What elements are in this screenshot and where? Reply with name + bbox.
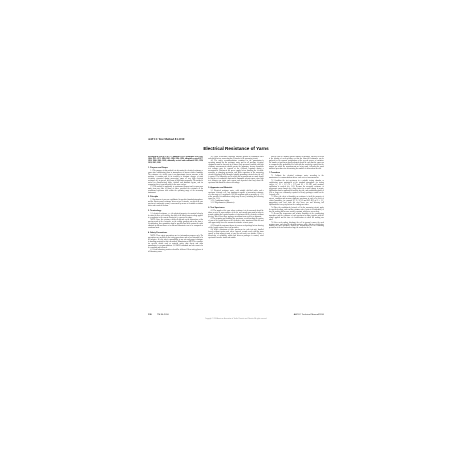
text-column-middle: 4.2 Avoid electrostatic discharge hazard… (208, 156, 263, 314)
paragraph: NOTE: Since the resistance observed depe… (148, 219, 203, 229)
paragraph: 4.3 The safety recommendations contained… (208, 160, 263, 184)
footer-page-number: 130 (148, 314, 152, 316)
document-header-method-number: AATCC Test Method 84-2010 (148, 138, 268, 141)
paragraph: ends of each of a suitably greater numbe… (269, 156, 324, 170)
text-column-left: Developed in 1954 by AATCC Committee RA3… (148, 156, 203, 314)
paragraph: 1.2 This method is applicable to continu… (148, 186, 203, 194)
page-title: Electrical Resistance of Yarns (148, 146, 324, 151)
section-heading: 6. Test Specimens (208, 207, 263, 209)
paragraph: 6.1 The sample of the yarn whose resista… (208, 210, 263, 218)
section-heading: 4. Safety Precautions (148, 232, 203, 234)
paragraph: 1.1 The purpose of this method is to det… (148, 170, 203, 186)
list-item: 5.1.2 Megohmmeter (ohmmeter). (208, 202, 263, 204)
footer-copyright: Copyright © 2010 American Association of… (148, 319, 324, 321)
section-heading: 7. Procedure (269, 172, 324, 174)
paragraph: 4.1 Good laboratory practices should be … (148, 249, 203, 253)
document-page: AATCC Test Method 84-2010 Electrical Res… (0, 0, 458, 458)
paragraph: 7.6 After each reading, discharge the ce… (269, 222, 324, 230)
section-heading: 3. Terminology (148, 210, 203, 212)
paragraph: 7.1 Calibrate the electrical resistance … (269, 175, 324, 179)
section-heading: 2. Principle (148, 196, 203, 198)
paragraph: NOTE: These safety precautions are for i… (148, 235, 203, 249)
paragraph: 6.4 Wind a minimum of three specimens fo… (208, 229, 263, 239)
paragraph: 7.4 Place the conditioned electrode cell… (269, 207, 324, 213)
paragraph: 7.2 Condition the test specimens in a su… (269, 180, 324, 196)
paragraph: 3.1 electrical resistance, n.—the physic… (148, 213, 203, 219)
footer-method-id: TM 84-2010 (157, 314, 169, 316)
section-heading: 5. Apparatus and Materials (208, 187, 263, 189)
paragraph: 7.5 Record the temperature and relative … (269, 213, 324, 221)
paragraph: 2.1 Specimens of yarn are equilibrated i… (148, 199, 203, 207)
paragraph: 7.3 Where the effect of humidity on resi… (269, 196, 324, 206)
text-column-right: ends of each of a suitably greater numbe… (269, 156, 324, 314)
footer-manual-title: AATCC Technical Manual/2010 (294, 314, 324, 316)
history-note: Developed in 1954 by AATCC Committee RA3… (148, 156, 203, 164)
text-columns: Developed in 1954 by AATCC Committee RA3… (148, 156, 324, 314)
section-heading: 1. Purpose and Scope (148, 167, 203, 169)
paragraph: 5.1 Electrical resistance meter, with su… (208, 190, 263, 200)
paragraph: 6.2 In preparing and handling the specim… (208, 218, 263, 224)
